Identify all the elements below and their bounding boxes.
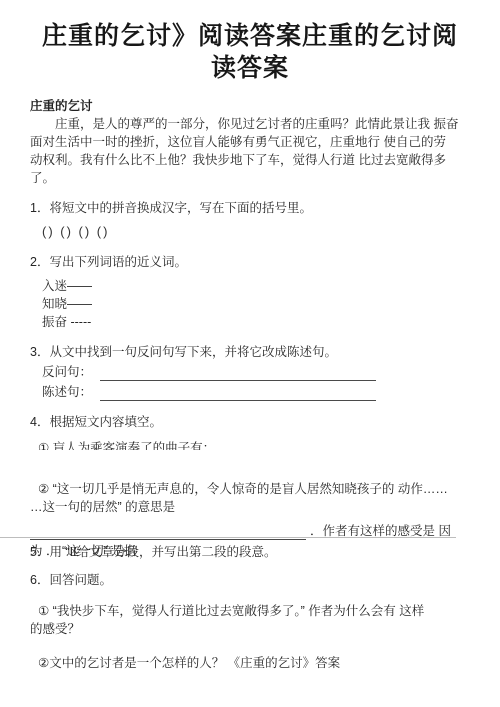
question-6: 6．回答问题。 ① “我快步下车，觉得人行道比过去宽敞得多了。” 作者为什么会有… bbox=[30, 571, 424, 672]
question-4-label: 4．根据短文内容填空。 bbox=[30, 413, 470, 431]
question-5-label: 5．用 “II给文章分段，并写出第二段的段意。 bbox=[30, 543, 277, 561]
question-6-label: 6．回答问题。 bbox=[30, 571, 424, 589]
question-3-sub-2: 陈述句： bbox=[30, 383, 470, 401]
question-3-sub-1-label: 反问句： bbox=[42, 363, 92, 381]
question-6-item-2: ②文中的乞讨者是一个怎样的人？ 《庄重的乞讨》答案 bbox=[30, 654, 424, 672]
question-5: 5．用 “II给文章分段，并写出第二段的段意。 bbox=[30, 543, 277, 561]
question-3-sub-1: 反问句： bbox=[30, 363, 470, 381]
question-6-item-1-line-2: 的感受？ bbox=[30, 620, 424, 638]
question-4-item-1: ① 盲人为乘客演奏了的曲子有： bbox=[30, 439, 470, 450]
article-line: 庄重，是人的尊严的一部分，你见过乞讨者的庄重吗？此情此景让我 振奋 bbox=[30, 115, 470, 133]
question-1-label: 1．将短文中的拼音换成汉字，写在下面的括号里。 bbox=[30, 199, 470, 217]
question-3-answer-blank-2 bbox=[100, 387, 376, 401]
question-3-answer-blank-1 bbox=[100, 367, 376, 381]
article-paragraph: 庄重，是人的尊严的一部分，你见过乞讨者的庄重吗？此情此景让我 振奋 面对生活中一… bbox=[30, 115, 470, 187]
page-title: 庄重的乞讨》阅读答案庄重的乞讨阅 读答案 bbox=[30, 20, 470, 84]
article-line: 动权利。我有什么比不上他？我快步地下了车，觉得人行道 比过去宽敞得多 bbox=[30, 151, 470, 169]
section-divider bbox=[0, 537, 456, 538]
document-page: 庄重的乞讨》阅读答案庄重的乞讨阅 读答案 庄重的乞讨 庄重，是人的尊严的一部分，… bbox=[0, 0, 500, 707]
blank-answer-space bbox=[30, 450, 470, 480]
question-2-item-1: 入迷—— bbox=[30, 277, 470, 295]
question-3-label: 3．从文中找到一句反问句写下来，并将它改成陈述句。 bbox=[30, 343, 470, 361]
question-2-label: 2．写出下列词语的近义词。 bbox=[30, 253, 470, 271]
question-2-item-2: 知晓—— bbox=[30, 295, 470, 313]
question-4-item-1-clipped: ① 盲人为乘客演奏了的曲子有： bbox=[30, 439, 470, 450]
question-6-item-1-line-1: ① “我快步下车，觉得人行道比过去宽敞得多了。” 作者为什么会有 这样 bbox=[30, 602, 424, 620]
question-3-sub-2-label: 陈述句： bbox=[42, 383, 92, 401]
question-4-item-2-line-1: ② “这一切几乎是悄无声息的，令人惊奇的是盲人居然知晓孩子的 动作…… bbox=[30, 480, 470, 498]
question-2-item-3: 振奋 ----- bbox=[30, 313, 470, 331]
question-4-item-2-line-2: …这一句的居然” 的意思是 bbox=[30, 498, 470, 516]
article-heading: 庄重的乞讨 bbox=[30, 97, 470, 115]
article-line: 面对生活中一时的挫折，这位盲人能够有勇气正视它，庄重地行 使自己的劳 bbox=[30, 133, 470, 151]
page-title-line-2: 读答案 bbox=[30, 52, 470, 84]
question-1-answer-brackets: () () () () bbox=[30, 223, 470, 241]
article-line: 了。 bbox=[30, 169, 470, 187]
page-title-line-1: 庄重的乞讨》阅读答案庄重的乞讨阅 bbox=[30, 20, 470, 52]
